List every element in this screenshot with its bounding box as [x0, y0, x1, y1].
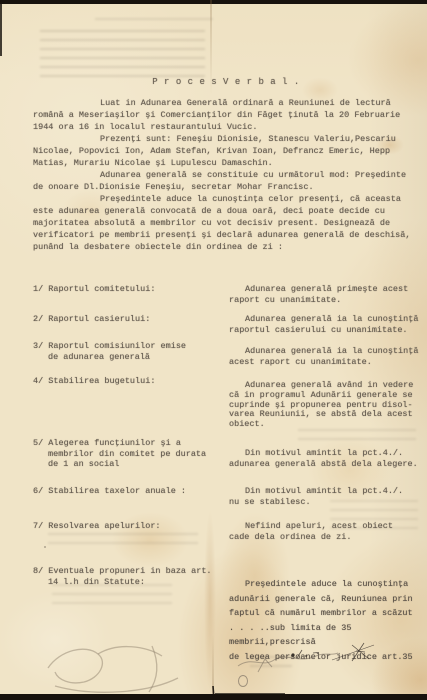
scanned-document-page: P r o c e s V e r b a l . Luat in Adunar… [0, 0, 427, 700]
agenda-item-label: 7/ Resolvarea apelurilor: [33, 521, 244, 532]
photo-edge-left [0, 0, 2, 56]
agenda-item-resolution: Adunarea generală ia la cunoştinţă rapor… [229, 314, 425, 335]
signature-left [48, 646, 178, 692]
agenda-item-resolution: Din motivul amintit la pct.4./. adunarea… [229, 448, 425, 469]
circle-mark [239, 676, 248, 687]
document-paragraph: Prezenţi sunt: Feneşiu Dionisie, Stanesc… [33, 133, 425, 169]
document-title: P r o c e s V e r b a l . [0, 77, 427, 87]
bleed-through-text [52, 584, 172, 604]
agenda-item-resolution: Adunarea generală ia la cunoştinţă acest… [229, 346, 425, 367]
agenda-item-resolution: Adunarea generală primeşte acest raport … [229, 284, 425, 305]
agenda-item-label: 4/ Stabilirea bugetului: [33, 376, 244, 387]
photo-edge-bottom [215, 693, 285, 695]
photo-edge-top [0, 0, 427, 4]
agenda-item-label: 1/ Raportul comitetului: [33, 284, 244, 295]
agenda-item-label: 5/ Alegerea funcţiunilor şi a membrilor … [33, 438, 244, 470]
document-paragraph: Luat in Adunarea Generală ordinară a Reu… [33, 97, 425, 133]
agenda-item-label: 3/ Raportul comisiunilor emise de adunar… [33, 341, 244, 362]
agenda-item-resolution: Nefiind apeluri, acest obiect cade dela … [229, 521, 425, 542]
agenda-item-resolution: Adunarea generală având in vedere că in … [229, 381, 425, 430]
agenda-item-label: 8/ Eventuale propuneri in baza art. 14 l… [33, 566, 244, 587]
document-paragraph: Adunarea generală se constituie cu următ… [33, 169, 425, 193]
bleed-through-text [48, 533, 198, 549]
bleed-through-text [95, 18, 213, 24]
document-paragraph: Preşedintele aduce la cunoştinţa celor p… [33, 193, 425, 253]
agenda-item-label: 6/ Stabilirea taxelor anuale : [33, 486, 244, 497]
fold-crease-bottom [212, 635, 214, 695]
agenda-item-label: 2/ Raportul casierului: [33, 314, 244, 325]
bleed-through-text [40, 30, 205, 77]
agenda-item-resolution: Din motivul amintit la pct.4./. nu se st… [229, 486, 425, 507]
stray-dot [44, 546, 46, 548]
document-body: Luat in Adunarea Generală ordinară a Reu… [33, 97, 425, 253]
agenda-item-resolution: Preşedintele aduce la cunoştinţa adunări… [229, 577, 425, 665]
bleed-through-text [298, 429, 416, 442]
photo-edge-bottom [0, 694, 427, 700]
